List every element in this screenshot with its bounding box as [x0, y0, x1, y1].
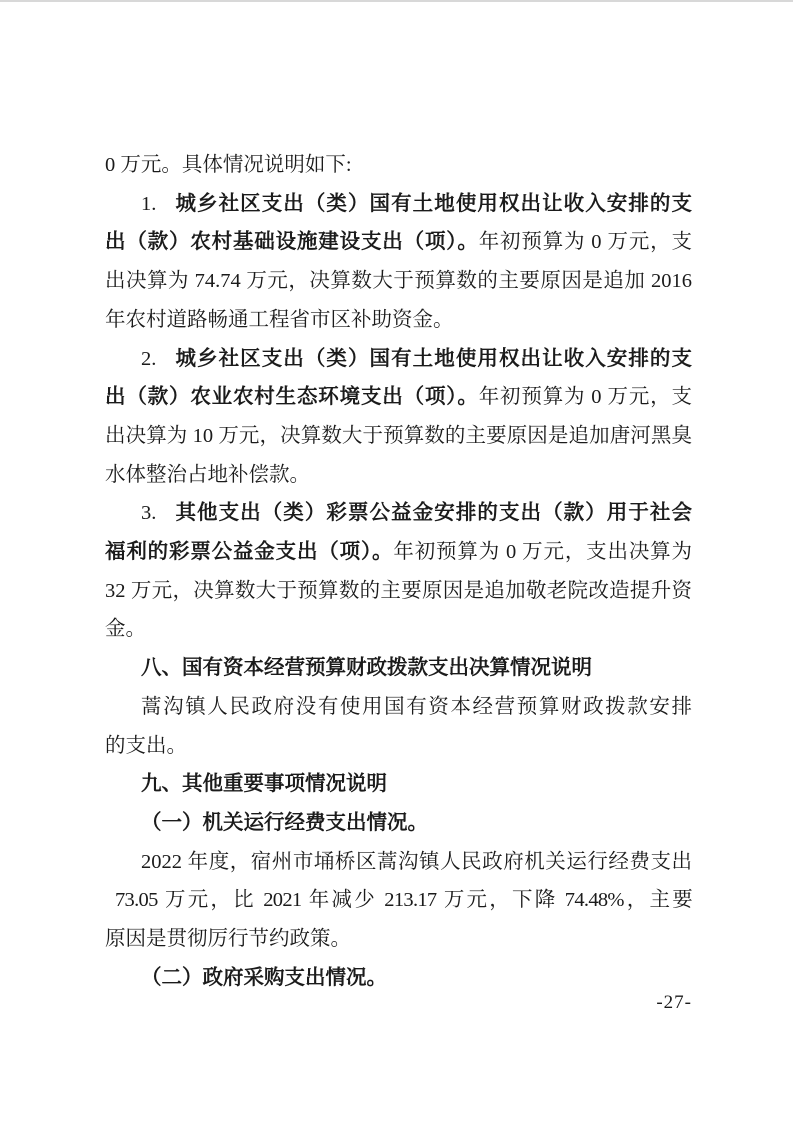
page-number: -27-: [656, 992, 692, 1014]
text-segment: 城乡社区支出（类）国有土地使用权出让收入安排的支: [174, 193, 692, 215]
text-line: 九、其他重要事项情况说明: [105, 765, 692, 804]
text-line: 1.城乡社区支出（类）国有土地使用权出让收入安排的支: [105, 185, 692, 224]
text-segment: 32 万元，决算数大于预算数的主要原因是追加敬老院改造提升资: [105, 580, 692, 602]
subsection-heading-text: （二）政府采购支出情况。: [141, 967, 387, 989]
text-line: 出决算为 10 万元，决算数大于预算数的主要原因是追加唐河黑臭: [105, 417, 692, 456]
text-line: 八、国有资本经营预算财政拨款支出决算情况说明: [105, 649, 692, 688]
text-segment: 0 万元。具体情况说明如下:: [105, 154, 352, 176]
text-segment: 金。: [105, 618, 146, 640]
text-segment: 其他支出（类）彩票公益金安排的支出（款）用于社会: [174, 502, 692, 524]
text-line: （二）政府采购支出情况。: [105, 959, 692, 998]
text-segment: 2022 年度，宿州市埇桥区蒿沟镇人民政府机关运行经费支出: [141, 851, 692, 873]
document-page: 0 万元。具体情况说明如下:1.城乡社区支出（类）国有土地使用权出让收入安排的支…: [0, 0, 793, 1122]
text-segment: 73.05 万元，比 2021 年减少 213.17 万元，下降 74.48%，…: [115, 889, 692, 911]
item-number-text: 2.: [141, 348, 156, 370]
text-segment: 年初预算为 0 万元，支: [479, 231, 692, 253]
text-line: 福利的彩票公益金支出（项）。年初预算为 0 万元，支出决算为: [105, 533, 692, 572]
text-segment: 蒿沟镇人民政府没有使用国有资本经营预算财政拨款安排: [141, 696, 692, 718]
text-segment: 出决算为 74.74 万元，决算数大于预算数的主要原因是追加 2016: [105, 270, 692, 292]
text-segment: 出（款）农村基础设施建设支出（项）。: [105, 231, 479, 253]
text-line: 0 万元。具体情况说明如下:: [105, 146, 692, 185]
item-number-text: 3.: [141, 502, 156, 524]
text-segment: 年初预算为 0 万元，支: [479, 386, 692, 408]
text-line: 出决算为 74.74 万元，决算数大于预算数的主要原因是追加 2016: [105, 262, 692, 301]
item-number-text: 1.: [141, 193, 156, 215]
subsection-heading-text: （一）机关运行经费支出情况。: [141, 812, 428, 834]
section-heading-text: 八、国有资本经营预算财政拨款支出决算情况说明: [141, 656, 592, 679]
text-line: 原因是贯彻厉行节约政策。: [105, 920, 692, 959]
text-line: 金。: [105, 610, 692, 649]
text-segment: 出决算为 10 万元，决算数大于预算数的主要原因是追加唐河黑臭: [105, 425, 692, 447]
page-top-edge-line: [0, 0, 793, 2]
text-segment: 年农村道路畅通工程省市区补助资金。: [105, 309, 454, 331]
text-line: 3.其他支出（类）彩票公益金安排的支出（款）用于社会: [105, 494, 692, 533]
section-heading-text: 九、其他重要事项情况说明: [141, 772, 387, 795]
text-segment: 福利的彩票公益金支出（项）。: [105, 541, 393, 563]
text-line: 32 万元，决算数大于预算数的主要原因是追加敬老院改造提升资: [105, 572, 692, 611]
document-body: 0 万元。具体情况说明如下:1.城乡社区支出（类）国有土地使用权出让收入安排的支…: [105, 146, 692, 997]
text-line: 年农村道路畅通工程省市区补助资金。: [105, 301, 692, 340]
text-line: 水体整治占地补偿款。: [105, 456, 692, 495]
text-line: 的支出。: [105, 727, 692, 766]
text-segment: 原因是贯彻厉行节约政策。: [105, 928, 351, 950]
text-line: 出（款）农业农村生态环境支出（项）。年初预算为 0 万元，支: [105, 378, 692, 417]
text-segment: 城乡社区支出（类）国有土地使用权出让收入安排的支: [174, 348, 692, 370]
text-line: 蒿沟镇人民政府没有使用国有资本经营预算财政拨款安排: [105, 688, 692, 727]
text-line: 73.05 万元，比 2021 年减少 213.17 万元，下降 74.48%，…: [105, 881, 692, 920]
text-line: 2022 年度，宿州市埇桥区蒿沟镇人民政府机关运行经费支出: [105, 843, 692, 882]
text-line: 出（款）农村基础设施建设支出（项）。年初预算为 0 万元，支: [105, 223, 692, 262]
text-segment: 年初预算为 0 万元，支出决算为: [393, 541, 692, 563]
text-line: （一）机关运行经费支出情况。: [105, 804, 692, 843]
text-segment: 水体整治占地补偿款。: [105, 464, 310, 486]
text-segment: 的支出。: [105, 735, 187, 757]
text-line: 2.城乡社区支出（类）国有土地使用权出让收入安排的支: [105, 340, 692, 379]
text-segment: 出（款）农业农村生态环境支出（项）。: [105, 386, 479, 408]
